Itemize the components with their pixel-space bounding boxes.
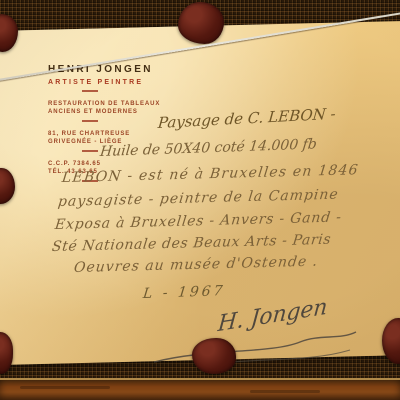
divider-dash	[82, 120, 98, 122]
letterhead: HENRI JONGEN ARTISTE PEINTRE RESTAURATIO…	[48, 64, 160, 182]
speciality-line: RESTAURATION DE TABLEAUX	[48, 100, 160, 108]
address-line: 81, RUE CHARTREUSE	[48, 130, 160, 138]
stretcher-bar	[0, 378, 400, 400]
artist-title: ARTISTE PEINTRE	[48, 79, 160, 86]
wood-grain	[20, 386, 110, 389]
divider-dash	[82, 90, 98, 92]
divider-dash	[82, 150, 98, 152]
handwritten-date: L - 1967	[142, 283, 226, 302]
contact-line: C.C.P. 7384.65	[48, 160, 160, 168]
wood-grain	[250, 390, 320, 393]
wax-seal	[178, 2, 224, 44]
back-of-painting-photo: HENRI JONGEN ARTISTE PEINTRE RESTAURATIO…	[0, 0, 400, 400]
signature-flourish	[150, 318, 360, 368]
wax-seal	[192, 338, 236, 374]
speciality-line: ANCIENS ET MODERNES	[48, 108, 160, 116]
